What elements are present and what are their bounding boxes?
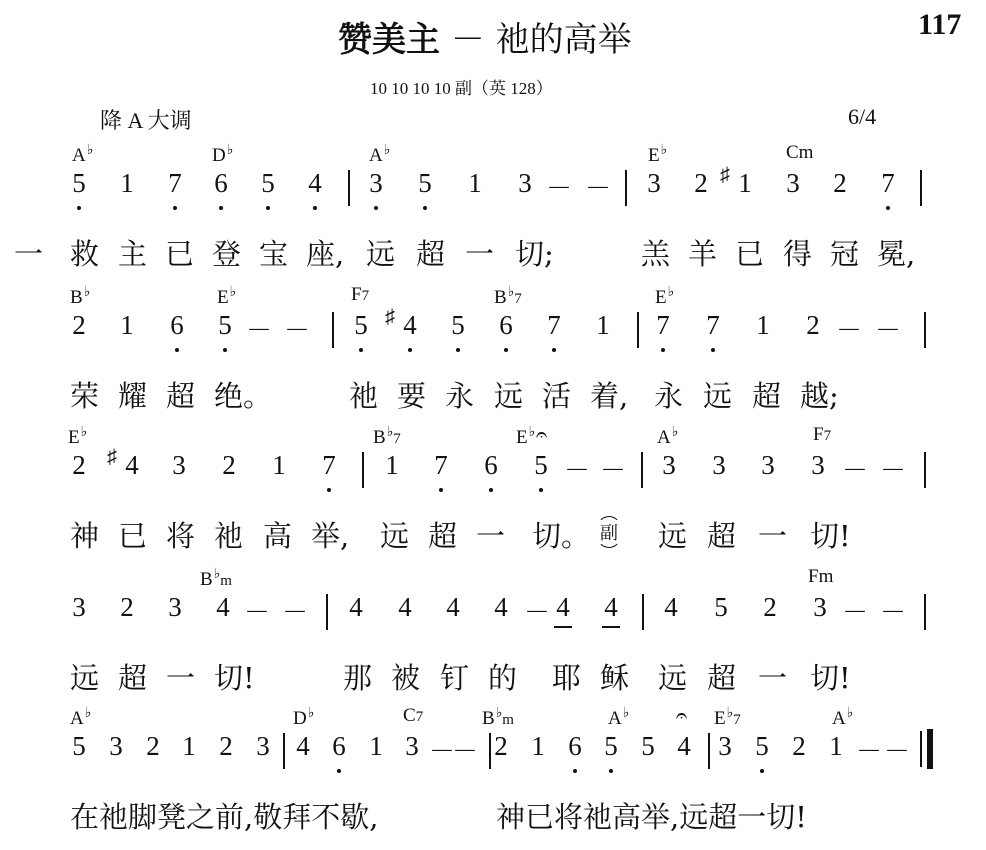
lyric-line: 神已将祂高举,远超一切! xyxy=(496,795,807,836)
chord-symbol: E♭ xyxy=(655,284,674,309)
chord-symbol: E♭ xyxy=(68,424,87,449)
lyric-syllable: 一 xyxy=(758,514,787,555)
hold-dash: － xyxy=(244,592,270,629)
lyric-syllable: 活 xyxy=(542,374,571,415)
lower-octave-dot xyxy=(408,348,412,352)
hold-dash: － xyxy=(884,731,910,768)
page-number: 117 xyxy=(918,8,961,42)
eighth-underline xyxy=(602,626,620,628)
lyric-syllable: 远 xyxy=(380,514,409,555)
lyric-syllable: 远 xyxy=(658,656,687,697)
note: 5 xyxy=(414,168,436,199)
lower-octave-dot xyxy=(609,769,613,773)
note: 1 xyxy=(592,310,614,341)
note: 3 xyxy=(401,731,423,762)
note: 1 xyxy=(464,168,486,199)
lyric-syllable: 已 xyxy=(118,514,147,555)
lyric-syllable: 稣 xyxy=(600,656,629,697)
bar-line xyxy=(283,733,285,769)
sharp-icon: ♯ xyxy=(107,446,117,469)
lyric-syllable: 要 xyxy=(397,374,426,415)
chord-symbol: B♭7 xyxy=(373,424,401,449)
note: 1 xyxy=(116,168,138,199)
lyric-syllable: 冕, xyxy=(877,232,915,273)
lyric-syllable: 切! xyxy=(214,656,255,697)
lyric-line: 在祂脚凳之前,敬拜不歇, xyxy=(70,795,378,836)
note: 5 xyxy=(214,310,236,341)
meter-info: 10 10 10 10 副（英 128） xyxy=(370,74,553,99)
chord-symbol: Fm xyxy=(808,566,833,588)
note: 4 xyxy=(345,592,367,623)
lyric-syllable: 着, xyxy=(590,374,628,415)
note: 2 xyxy=(68,450,90,481)
lyric-syllable: 超 xyxy=(428,514,457,555)
lyric-syllable: 远 xyxy=(703,374,732,415)
hold-dash: － xyxy=(452,731,478,768)
lyric-syllable: 永 xyxy=(654,374,683,415)
chord-symbol: D♭ xyxy=(212,142,233,167)
note: 4 xyxy=(442,592,464,623)
lyric-syllable: 得 xyxy=(783,232,812,273)
note: 7 xyxy=(877,168,899,199)
chord-symbol: D♭ xyxy=(293,705,314,730)
lyric-syllable: 一 xyxy=(476,514,505,555)
lyric-syllable: 救 xyxy=(70,232,99,273)
note: 5 xyxy=(350,310,372,341)
note: 3 xyxy=(68,592,90,623)
lower-octave-dot xyxy=(337,769,341,773)
chord-symbol: A♭ xyxy=(657,424,678,449)
lower-octave-dot xyxy=(313,206,317,210)
lyric-syllable: 被 xyxy=(391,656,420,697)
hymn-subtitle: － 祂的高举 xyxy=(451,20,632,60)
lower-octave-dot xyxy=(760,769,764,773)
lower-octave-dot xyxy=(504,348,508,352)
lyric-syllable: 远 xyxy=(366,232,395,273)
lyric-syllable: 耶 xyxy=(552,656,581,697)
note: 2 xyxy=(68,310,90,341)
note: 1 xyxy=(381,450,403,481)
chord-symbol: E♭ xyxy=(516,424,535,449)
lyric-syllable: 冠 xyxy=(830,232,859,273)
sharp-icon: ♯ xyxy=(720,164,730,187)
hold-dash: － xyxy=(524,592,550,629)
chord-symbol: A♭ xyxy=(832,705,853,730)
hold-dash: － xyxy=(880,592,906,629)
note: 4 xyxy=(490,592,512,623)
hold-dash: － xyxy=(875,310,901,347)
chord-symbol: F7 xyxy=(351,284,369,306)
bar-line xyxy=(641,452,643,488)
lower-octave-dot xyxy=(374,206,378,210)
refrain-mark: 副 xyxy=(597,516,621,548)
note: 2 xyxy=(690,168,712,199)
note: 2 xyxy=(759,592,781,623)
note: 6 xyxy=(480,450,502,481)
lower-octave-dot xyxy=(439,488,443,492)
note: 2 xyxy=(116,592,138,623)
eighth-underline xyxy=(554,626,572,628)
note: 3 xyxy=(714,731,736,762)
lyric-syllable: 切。 xyxy=(532,514,590,555)
fermata-icon: 𝄐 xyxy=(676,703,687,727)
lyric-syllable: 切; xyxy=(515,232,554,273)
lyric-syllable: 永 xyxy=(445,374,474,415)
final-bar-line xyxy=(927,729,933,769)
hold-dash: － xyxy=(880,450,906,487)
bar-line xyxy=(924,594,926,630)
note: 2 xyxy=(788,731,810,762)
note: 5 xyxy=(637,731,659,762)
lyric-syllable: 主 xyxy=(118,232,147,273)
note: 4 xyxy=(212,592,234,623)
lyric-syllable: 超 xyxy=(118,656,147,697)
note: 3 xyxy=(164,592,186,623)
lyric-syllable: 远 xyxy=(494,374,523,415)
lower-octave-dot xyxy=(711,348,715,352)
hold-dash: － xyxy=(842,592,868,629)
note: 3 xyxy=(514,168,536,199)
lower-octave-dot xyxy=(219,206,223,210)
lyric-syllable: 荣 xyxy=(70,374,99,415)
note: 3 xyxy=(365,168,387,199)
bar-line xyxy=(708,733,710,769)
lyric-syllable: 超 xyxy=(707,656,736,697)
lyric-syllable: 超 xyxy=(707,514,736,555)
chord-symbol: A♭ xyxy=(608,705,629,730)
lower-octave-dot xyxy=(489,488,493,492)
lyric-syllable: 宝 xyxy=(259,232,288,273)
lyric-syllable: 超 xyxy=(752,374,781,415)
note: 3 xyxy=(658,450,680,481)
hold-dash: － xyxy=(564,450,590,487)
lower-octave-dot xyxy=(223,348,227,352)
lower-octave-dot xyxy=(359,348,363,352)
lyric-syllable: 祂 xyxy=(214,514,243,555)
key-signature: 降 A 大调 xyxy=(100,104,192,135)
bar-line xyxy=(920,731,922,767)
lower-octave-dot xyxy=(539,488,543,492)
note: 5 xyxy=(710,592,732,623)
bar-line xyxy=(642,594,644,630)
note: 4♯ xyxy=(121,450,143,481)
chord-symbol: E♭ xyxy=(217,284,236,309)
hold-dash: － xyxy=(836,310,862,347)
note: 1 xyxy=(825,731,847,762)
note: 4 xyxy=(304,168,326,199)
note: 5 xyxy=(68,731,90,762)
bar-line xyxy=(924,452,926,488)
lower-octave-dot xyxy=(423,206,427,210)
hold-dash: － xyxy=(284,310,310,347)
note: 3 xyxy=(643,168,665,199)
note: 4 xyxy=(673,731,695,762)
note: 3 xyxy=(105,731,127,762)
note: 4 xyxy=(600,592,622,623)
lyric-syllable: 超 xyxy=(166,374,195,415)
chord-symbol: E♭ xyxy=(648,142,667,167)
lyric-syllable: 举, xyxy=(311,514,349,555)
note: 4 xyxy=(394,592,416,623)
lyric-syllable: 已 xyxy=(165,232,194,273)
note: 3 xyxy=(809,592,831,623)
note: 4 xyxy=(292,731,314,762)
note: 2 xyxy=(142,731,164,762)
hold-dash: － xyxy=(856,731,882,768)
note: 5 xyxy=(68,168,90,199)
time-signature: 6/4 xyxy=(848,104,876,130)
lyric-syllable: 一 xyxy=(14,232,43,273)
note: 5 xyxy=(530,450,552,481)
note: 7 xyxy=(652,310,674,341)
lyric-syllable: 超 xyxy=(416,232,445,273)
lyric-syllable: 一 xyxy=(758,656,787,697)
hymn-title: 赞美主 － 祂的高举 xyxy=(338,12,632,61)
note: 7 xyxy=(543,310,565,341)
bar-line xyxy=(625,170,627,206)
lyric-syllable: 耀 xyxy=(118,374,147,415)
lower-octave-dot xyxy=(886,206,890,210)
lower-octave-dot xyxy=(552,348,556,352)
hold-dash: － xyxy=(246,310,272,347)
lyric-syllable: 将 xyxy=(166,514,195,555)
lower-octave-dot xyxy=(456,348,460,352)
note: 2 xyxy=(802,310,824,341)
lower-octave-dot xyxy=(266,206,270,210)
lyric-syllable: 高 xyxy=(263,514,292,555)
hold-dash: － xyxy=(546,168,572,205)
note: 1 xyxy=(752,310,774,341)
lyric-syllable: 绝。 xyxy=(214,374,272,415)
lyric-syllable: 的 xyxy=(488,656,517,697)
note: 7 xyxy=(318,450,340,481)
chord-symbol: B♭m xyxy=(200,566,232,591)
note: 2 xyxy=(829,168,851,199)
lyric-syllable: 越; xyxy=(800,374,839,415)
chord-symbol: A♭ xyxy=(369,142,390,167)
lower-octave-dot xyxy=(175,348,179,352)
chord-symbol: B♭ xyxy=(70,284,90,309)
hymn-title-main: 赞美主 xyxy=(338,20,440,60)
lyric-syllable: 羊 xyxy=(688,232,717,273)
bar-line xyxy=(362,452,364,488)
note: 3 xyxy=(168,450,190,481)
lyric-syllable: 登 xyxy=(212,232,241,273)
note: 4 xyxy=(552,592,574,623)
note: 2 xyxy=(215,731,237,762)
note: 3 xyxy=(807,450,829,481)
note: 7 xyxy=(430,450,452,481)
bar-line xyxy=(637,312,639,348)
note: 5 xyxy=(447,310,469,341)
note: 1 xyxy=(527,731,549,762)
hold-dash: － xyxy=(600,450,626,487)
chord-symbol: F7 xyxy=(813,424,831,446)
lyric-syllable: 那 xyxy=(343,656,372,697)
lower-octave-dot xyxy=(173,206,177,210)
note: 6 xyxy=(328,731,350,762)
lower-octave-dot xyxy=(661,348,665,352)
note: 3 xyxy=(782,168,804,199)
bar-line xyxy=(332,312,334,348)
note: 6 xyxy=(166,310,188,341)
hold-dash: － xyxy=(842,450,868,487)
bar-line xyxy=(920,170,922,206)
note: 1♯ xyxy=(734,168,756,199)
note: 5 xyxy=(600,731,622,762)
bar-line xyxy=(924,312,926,348)
note: 1 xyxy=(116,310,138,341)
note: 3 xyxy=(757,450,779,481)
note: 1 xyxy=(178,731,200,762)
lyric-syllable: 已 xyxy=(735,232,764,273)
hold-dash: － xyxy=(585,168,611,205)
note: 5 xyxy=(751,731,773,762)
bar-line xyxy=(326,594,328,630)
bar-line xyxy=(348,170,350,206)
note: 1 xyxy=(268,450,290,481)
chord-symbol: A♭ xyxy=(72,142,93,167)
chord-symbol: E♭7 xyxy=(714,705,741,730)
lyric-syllable: 座, xyxy=(306,232,344,273)
lyric-syllable: 切! xyxy=(810,656,851,697)
note: 4♯ xyxy=(399,310,421,341)
note: 1 xyxy=(365,731,387,762)
chord-symbol: B♭m xyxy=(482,705,514,730)
lyric-syllable: 钉 xyxy=(440,656,469,697)
note: 4 xyxy=(660,592,682,623)
note: 3 xyxy=(252,731,274,762)
fermata-icon: 𝄐 xyxy=(536,422,547,446)
chord-symbol: B♭7 xyxy=(494,284,522,309)
note: 2 xyxy=(218,450,240,481)
sharp-icon: ♯ xyxy=(385,306,395,329)
lyric-syllable: 一 xyxy=(166,656,195,697)
lower-octave-dot xyxy=(77,206,81,210)
lyric-syllable: 远 xyxy=(658,514,687,555)
note: 5 xyxy=(257,168,279,199)
lyric-syllable: 远 xyxy=(70,656,99,697)
note: 6 xyxy=(210,168,232,199)
note: 7 xyxy=(164,168,186,199)
hold-dash: － xyxy=(282,592,308,629)
lyric-syllable: 神 xyxy=(70,514,99,555)
note: 7 xyxy=(702,310,724,341)
bar-line xyxy=(489,733,491,769)
note: 3 xyxy=(708,450,730,481)
chord-symbol: Cm xyxy=(786,142,813,164)
lyric-syllable: 祂 xyxy=(349,374,378,415)
lyric-syllable: 切! xyxy=(810,514,851,555)
chord-symbol: C7 xyxy=(403,705,423,727)
lyric-syllable: 羔 xyxy=(641,232,670,273)
chord-symbol: A♭ xyxy=(70,705,91,730)
lower-octave-dot xyxy=(573,769,577,773)
lower-octave-dot xyxy=(327,488,331,492)
note: 2 xyxy=(490,731,512,762)
note: 6 xyxy=(495,310,517,341)
note: 6 xyxy=(564,731,586,762)
lyric-syllable: 一 xyxy=(465,232,494,273)
